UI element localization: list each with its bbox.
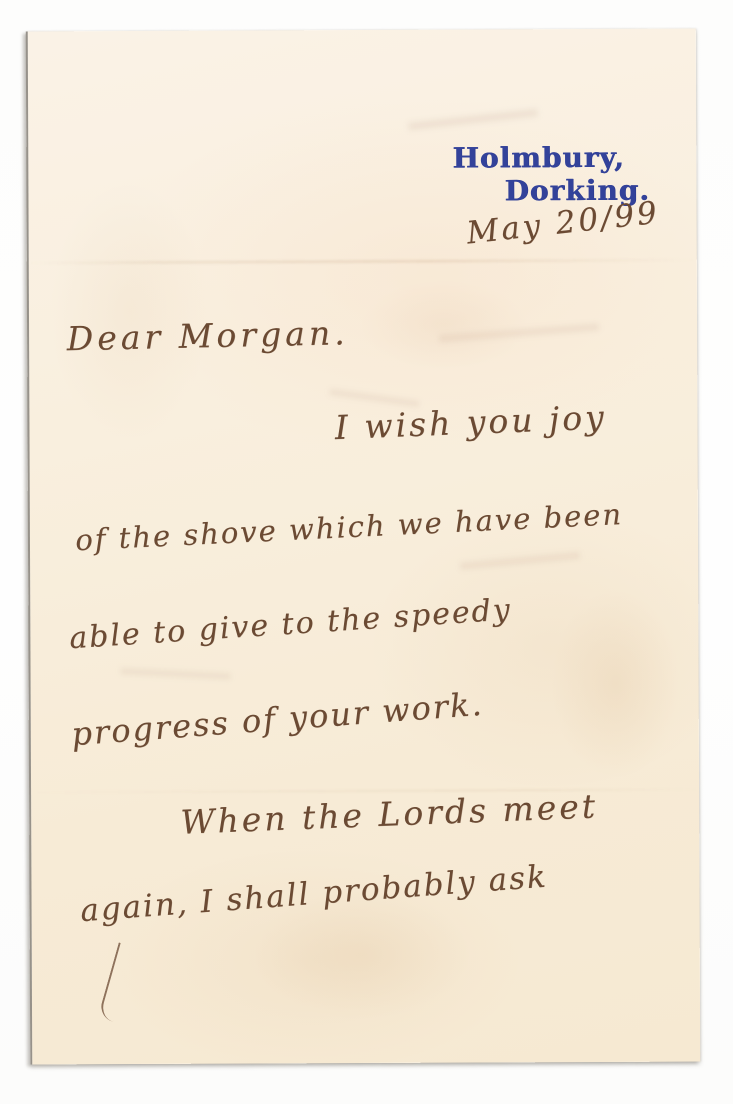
paper-stain	[550, 589, 681, 780]
bleed-through-mark	[120, 668, 230, 679]
body-line: When the Lords meet	[180, 786, 599, 841]
bleed-through-mark	[460, 552, 580, 570]
letter-scan: Holmbury, Dorking. May 20/99 Dear Morgan…	[0, 0, 733, 1104]
paper-stain	[48, 181, 209, 442]
ink-descender-stroke	[98, 942, 135, 1021]
salutation: Dear Morgan.	[66, 313, 349, 358]
fold-crease	[31, 789, 699, 794]
body-line: able to give to the speedy	[68, 592, 513, 656]
body-line: of the shove which we have been	[74, 497, 623, 557]
body-line: progress of your work.	[70, 685, 485, 754]
bleed-through-mark	[408, 108, 538, 130]
letterhead-line1: Holmbury,	[452, 141, 650, 175]
bleed-through-mark	[329, 389, 419, 407]
paper-stain	[359, 279, 529, 370]
letterhead: Holmbury, Dorking.	[452, 141, 650, 208]
body-line: I wish you joy	[334, 397, 607, 447]
letter-paper: Holmbury, Dorking. May 20/99 Dear Morgan…	[26, 29, 701, 1065]
